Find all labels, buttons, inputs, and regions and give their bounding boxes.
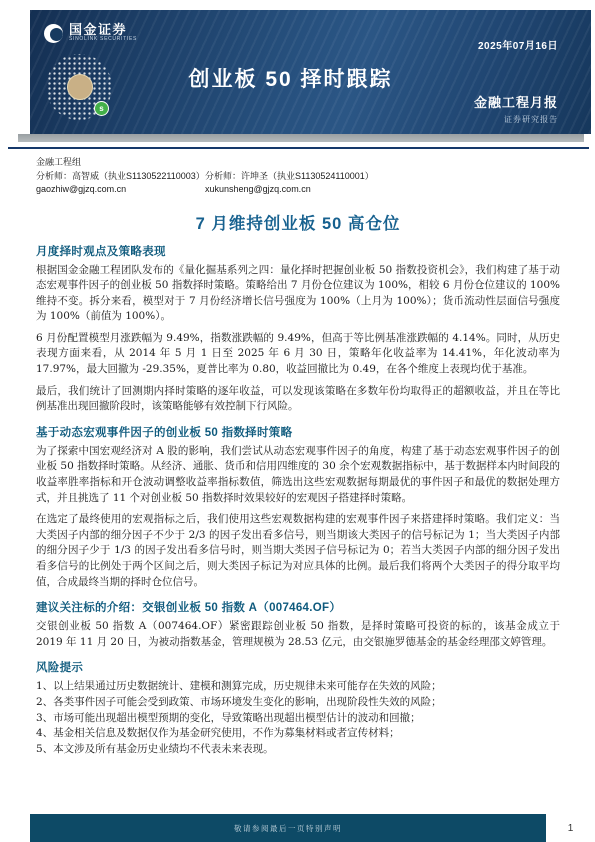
sinolink-logo-icon	[44, 24, 63, 43]
report-type: 金融工程月报	[474, 92, 558, 111]
brand-name-en: SINOLINK SECURITIES	[69, 36, 137, 43]
paragraph: 交银创业板 50 指数 A（007464.OF）紧密跟踪创业板 50 指数，是择…	[36, 619, 560, 650]
paragraph: 为了探索中国宏观经济对 A 股的影响，我们尝试从动态宏观事件因子的角度，构建了基…	[36, 444, 560, 506]
report-date: 2025年07月16日	[478, 37, 558, 52]
risk-item: 5、本文涉及所有基金历史业绩均不代表未来表现。	[36, 742, 560, 758]
analyst-team: 金融工程组	[36, 156, 560, 170]
section-heading: 月度择时观点及策略表现	[36, 243, 560, 259]
report-body: 金融工程组 分析师：高智威（执业S1130522110003） 分析师：许坤圣（…	[36, 156, 560, 757]
page-title: 7 月维持创业板 50 高仓位	[36, 210, 560, 234]
page-number: 1	[546, 814, 595, 842]
analyst-role: 分析师：高智威（执业S1130522110003）	[36, 170, 205, 184]
risk-item: 1、以上结果通过历史数据统计、建模和测算完成，历史规律未来可能存在失效的风险；	[36, 679, 560, 695]
paragraph: 根据国金金融工程团队发布的《量化掘基系列之四：量化择时把握创业板 50 指数投资…	[36, 263, 560, 325]
section-heading: 基于动态宏观事件因子的创业板 50 指数择时策略	[36, 424, 560, 440]
section-monthly-view: 月度择时观点及策略表现 根据国金金融工程团队发布的《量化掘基系列之四：量化择时把…	[36, 243, 560, 415]
analyst-email-link[interactable]: gaozhiw@gjzq.com.cn	[36, 184, 126, 194]
analyst-roles-row: 分析师：高智威（执业S1130522110003） 分析师：许坤圣（执业S113…	[36, 170, 560, 184]
analyst-email-link[interactable]: xukunsheng@gjzq.com.cn	[205, 184, 311, 194]
brand-logo: 国金证券 SINOLINK SECURITIES	[44, 23, 137, 43]
risk-item: 4、基金相关信息及数据仅作为基金研究使用，不作为募集材料或者宣传材料；	[36, 726, 560, 742]
section-heading: 建议关注标的介绍：交银创业板 50 指数 A（007464.OF）	[36, 599, 560, 615]
analyst-block: 金融工程组 分析师：高智威（执业S1130522110003） 分析师：许坤圣（…	[36, 156, 560, 197]
footer-bar: 敬请参阅最后一页特别声明	[30, 814, 546, 842]
section-heading: 风险提示	[36, 659, 560, 675]
risk-item: 3、市场可能出现超出模型预期的变化，导致策略出现超出模型估计的波动和回撤；	[36, 711, 560, 727]
section-strategy: 基于动态宏观事件因子的创业板 50 指数择时策略 为了探索中国宏观经济对 A 股…	[36, 424, 560, 590]
report-type-block: 金融工程月报 证券研究报告	[474, 92, 558, 125]
footer-disclaimer: 敬请参阅最后一页特别声明	[234, 823, 342, 834]
header-divider-rule	[8, 147, 589, 149]
paragraph: 最后，我们统计了回测期内择时策略的逐年收益，可以发现该策略在多数年份均取得正的超…	[36, 384, 560, 415]
report-header-banner: 国金证券 SINOLINK SECURITIES 2025年07月16日 创业板…	[30, 10, 591, 134]
brand-text: 国金证券 SINOLINK SECURITIES	[69, 23, 137, 43]
paragraph: 6 月份配置模型月涨跌幅为 9.49%，指数涨跌幅的 9.49%，但高于等比例基…	[36, 331, 560, 378]
qr-code: s	[46, 54, 112, 120]
wechat-icon: s	[94, 101, 109, 116]
header-shadow-strip	[18, 134, 584, 142]
qr-center-seal	[67, 74, 93, 100]
risk-item: 2、各类事件因子可能会受到政策、市场环境发生变化的影响，出现阶段性失效的风险；	[36, 695, 560, 711]
section-fund-intro: 建议关注标的介绍：交银创业板 50 指数 A（007464.OF） 交银创业板 …	[36, 599, 560, 650]
report-category: 证券研究报告	[474, 114, 558, 125]
paragraph: 在选定了最终使用的宏观指标之后，我们使用这些宏观数据构建的宏观事件因子来搭建择时…	[36, 512, 560, 590]
section-risk-notes: 风险提示 1、以上结果通过历史数据统计、建模和测算完成，历史规律未来可能存在失效…	[36, 659, 560, 757]
brand-name-cn: 国金证券	[69, 23, 137, 36]
analyst-role: 分析师：许坤圣（执业S1130524110001）	[205, 170, 560, 184]
analyst-emails-row: gaozhiw@gjzq.com.cn xukunsheng@gjzq.com.…	[36, 183, 560, 197]
